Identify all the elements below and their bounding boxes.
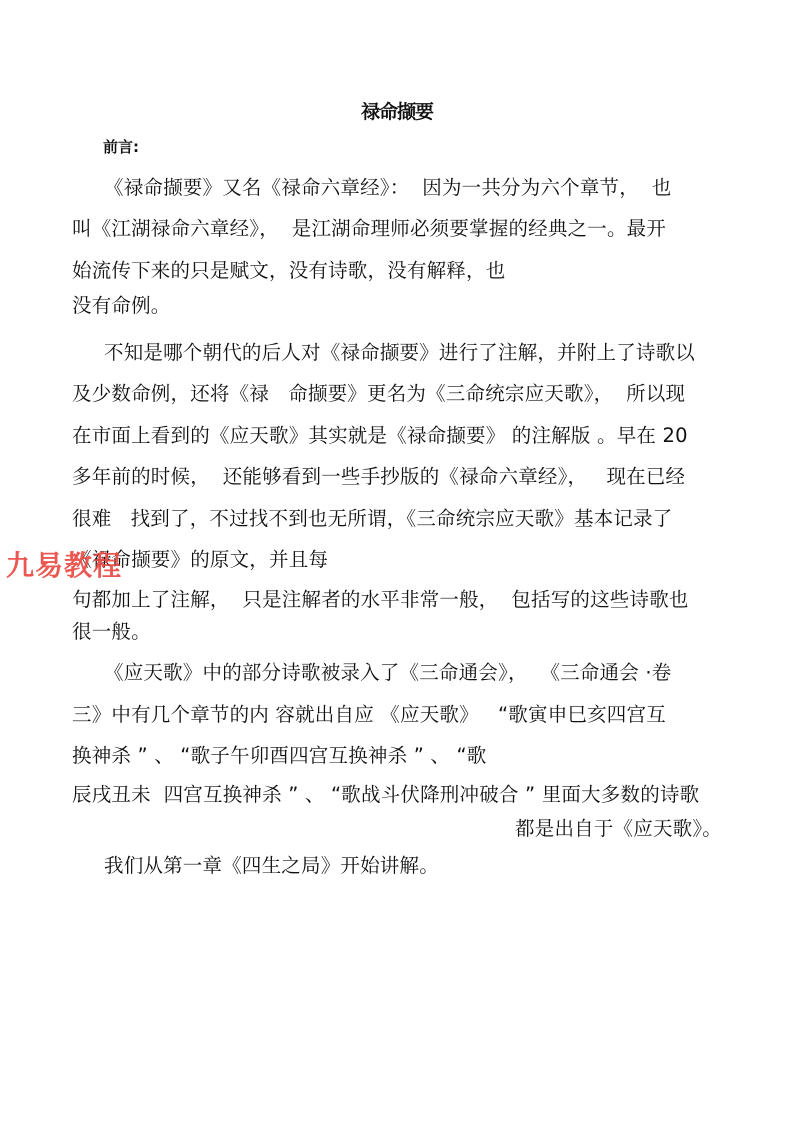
document-page: 禄命撷要 前言: 《禄命撷要》又名《禄命六章经》： 因为一共分为六个章节， 也 … (0, 0, 794, 1123)
paragraph-line: 始流传下来的只是赋文，没有诗歌，没有解释，也 (72, 259, 505, 283)
paragraph-line: 叫《江湖禄命六章经》， 是江湖命理师必须要掌握的经典之一。最开 (72, 217, 666, 241)
paragraph-line: 句都加上了注解， 只是注解者的水平非常一般， 包括写的这些诗歌也 (72, 588, 689, 612)
paragraph-line: 三》中有几个章节的内 容就出自应 《应天歌》 “歌寅申巳亥四宫互 (72, 703, 666, 727)
paragraph-line: 及少数命例，还将《禄 命撷要》更名为《三命统宗应天歌》， 所以现 (72, 382, 685, 406)
paragraph-line: 辰戌丑未 四宫互换神杀 ” 、 “歌战斗伏降刑冲破合 ” 里面大多数的诗歌 (72, 783, 699, 807)
preface-label: 前言: (103, 136, 139, 157)
paragraph-line: 《禄命撷要》又名《禄命六章经》： 因为一共分为六个章节， 也 (104, 176, 671, 200)
paragraph-line: 不知是哪个朝代的后人对《禄命撷要》进行了注解，并附上了诗歌以 (104, 341, 695, 365)
document-title: 禄命撷要 (0, 97, 794, 124)
paragraph-line: 很一般。 (72, 620, 151, 644)
watermark-logo: 九易教程 (6, 544, 122, 584)
paragraph-line: 换神杀 ” 、 “歌子午卯酉四宫互换神杀 ” 、 “歌 (72, 744, 487, 768)
paragraph-line: 多年前的时候， 还能够看到一些手抄版的《禄命六章经》， 现在已经 (72, 465, 685, 489)
paragraph-line: 很难 找到了，不过找不到也无所谓，《三命统宗应天歌》基本记录了 (72, 507, 672, 531)
paragraph-line: 在市面上看到的《应天歌》其实就是《禄命撷要》 的注解版 。早在 20 (72, 424, 688, 448)
paragraph-line: 《应天歌》中的部分诗歌被录入了《三命通会》， 《三命通会 ·卷 (104, 661, 671, 685)
paragraph-line: 没有命例。 (72, 294, 171, 318)
paragraph-line: 我们从第一章《四生之局》开始讲解。 (104, 854, 439, 878)
paragraph-line: 都是出自于《应天歌》。 (515, 817, 722, 841)
